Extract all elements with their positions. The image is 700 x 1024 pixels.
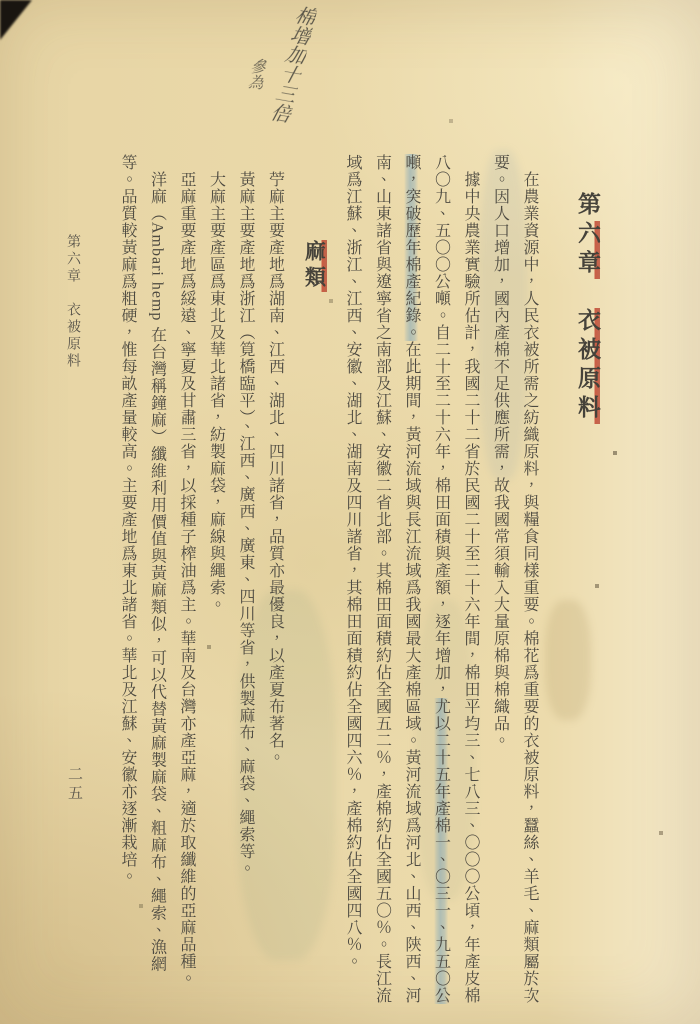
chapter-title: 第六章 衣被原料	[570, 154, 604, 1006]
paragraph-hemp: 大麻主要產區爲東北及華北諸省，紡製麻袋，麻線與繩索。	[201, 154, 231, 1006]
paragraph-kenaf: 洋麻（Ambari hemp 在台灣稱鐘麻）纖維利用價值與黃麻類似，可以代替黃麻…	[113, 154, 172, 1006]
handwritten-annotation: 棉增加十三倍 參為	[240, 2, 350, 152]
scan-corner-artifact	[0, 0, 32, 40]
page-number: 二五	[64, 766, 85, 804]
scanned-document-page: 棉增加十三倍 參為 第六章 衣被原料 在農業資源中，人民衣被所需之紡織原料，與糧…	[0, 0, 700, 1024]
section-heading-red-underlined: 麻類	[303, 240, 327, 292]
handwriting-line: 棉增加十三倍	[266, 4, 317, 124]
paragraph-intro: 在農業資源中，人民衣被所需之紡織原料，與糧食同樣重要。棉花爲重要的衣被原料，蠶絲…	[485, 154, 544, 1006]
running-margin-label: 第六章 衣被原料	[62, 234, 82, 370]
paragraph-cotton-statistics: 據中央農業實驗所估計，我國二十二省於民國二十至二十六年間，棉田平均三、七八三、〇…	[338, 154, 486, 1006]
paragraph-flax: 亞麻重要產地爲綏遠、寧夏及甘肅三省，以採種子榨油爲主。華南及台灣亦產亞麻，適於取…	[172, 154, 202, 1006]
chapter-subtitle-red-underlined: 衣被原料	[575, 308, 600, 424]
document-body: 第六章 衣被原料 在農業資源中，人民衣被所需之紡織原料，與糧食同樣重要。棉花爲重…	[113, 154, 605, 1006]
paper-speckles	[0, 0, 2, 2]
title-spacer	[575, 279, 600, 308]
paragraph-ramie: 苧麻主要產地爲湖南、江西、湖北、四川諸省，品質亦最優良，以產夏布著名。	[260, 154, 290, 1006]
chapter-title-text: 第	[575, 192, 600, 221]
handwriting-line: 參為	[241, 58, 269, 91]
paragraph-jute: 黃麻主要產地爲浙江（筧橋臨平）、江西、廣西、廣東、四川等省，供製麻布、麻袋、繩索…	[231, 154, 261, 1006]
chapter-title-red-underlined: 六章	[575, 221, 600, 279]
section-heading-hemp: 麻類	[298, 154, 332, 1006]
